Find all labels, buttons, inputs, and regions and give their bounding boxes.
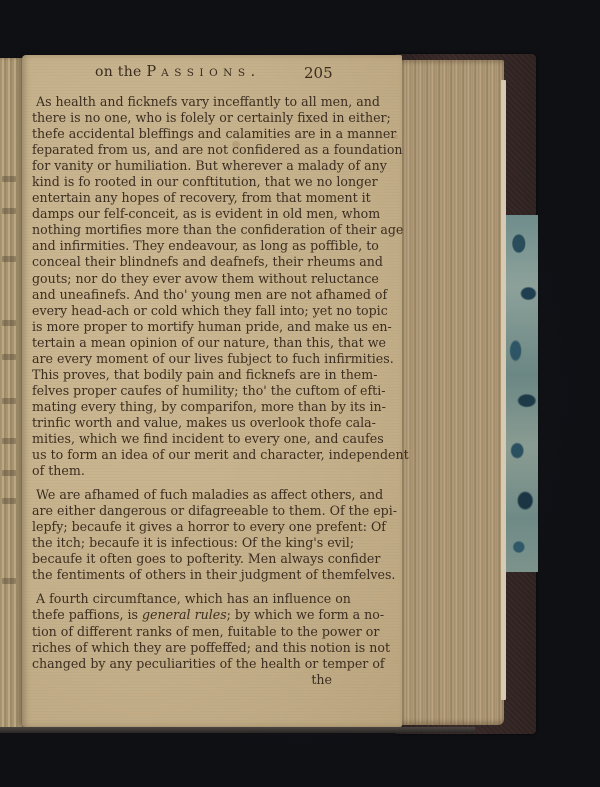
text-line: every head-ach or cold which they fall i… <box>32 303 332 319</box>
text-line: are either dangerous or difagreeable to … <box>32 503 332 519</box>
running-head-prefix: on the <box>95 64 146 80</box>
bleed-through-mark <box>2 498 16 504</box>
bleed-through-mark <box>2 398 16 404</box>
text-line: This proves, that bodily pain and fickne… <box>32 367 332 383</box>
text-line: damps our felf-conceit, as is evident in… <box>32 206 332 222</box>
bleed-through-mark <box>2 354 16 360</box>
text-line: tion of different ranks of men, fuitable… <box>32 624 332 640</box>
body-text: As health and ficknefs vary inceffantly … <box>32 94 332 688</box>
bleed-through-mark <box>2 176 16 182</box>
page-edges-stack <box>400 60 504 725</box>
text-line: is more proper to mortify human pride, a… <box>32 319 332 335</box>
text-line: riches of which they are poffeffed; and … <box>32 640 332 656</box>
text-line: the itch; becaufe it is infectious: Of t… <box>32 535 332 551</box>
text-line: gouts; nor do they ever avow them withou… <box>32 271 332 287</box>
catchword: the <box>32 672 332 688</box>
bleed-through-mark <box>2 208 16 214</box>
text-line: lepfy; becaufe it gives a horror to ever… <box>32 519 332 535</box>
text-line: trinfic worth and value, makes us overlo… <box>32 415 332 431</box>
bleed-through-mark <box>2 470 16 476</box>
text-line: there is no one, who is folely or certai… <box>32 110 332 126</box>
text-line: changed by any peculiarities of the heal… <box>32 656 332 672</box>
bleed-through-mark <box>2 256 16 262</box>
text-line: A fourth circumftance, which has an infl… <box>32 591 332 607</box>
text-line: feparated from us, and are not confidere… <box>32 142 332 158</box>
text-line: the fentiments of others in their judgme… <box>32 567 332 583</box>
text-line: kind is fo rooted in our conftitution, t… <box>32 174 332 190</box>
left-page-stack <box>0 58 24 730</box>
page-number: 205 <box>304 64 333 82</box>
text-line: and infirmities. They endeavour, as long… <box>32 238 332 254</box>
text-line: us to form an idea of our merit and char… <box>32 447 332 463</box>
text-line: thefe paffions, is general rules; by whi… <box>32 607 332 623</box>
text-line: felves proper caufes of humility; tho' t… <box>32 383 332 399</box>
bleed-through-mark <box>2 438 16 444</box>
text-line: entertain any hopes of recovery, from th… <box>32 190 332 206</box>
text-line: becaufe it often goes to pofterity. Men … <box>32 551 332 567</box>
text-line: are every moment of our lives fubject to… <box>32 351 332 367</box>
text-line: mating every thing, by comparifon, more … <box>32 399 332 415</box>
text-line: and uneafinefs. And tho' young men are n… <box>32 287 332 303</box>
italic-phrase: general rules <box>142 607 227 622</box>
text-line: of them. <box>32 463 332 479</box>
bleed-through-mark <box>2 578 16 584</box>
text-line: for vanity or humiliation. But wherever … <box>32 158 332 174</box>
paragraph-gap <box>32 479 332 487</box>
paragraph-gap <box>32 583 332 591</box>
bleed-through-mark <box>2 320 16 326</box>
running-head-title: PASSIONS <box>146 64 250 80</box>
text-line: thefe accidental bleffings and calamitie… <box>32 126 332 142</box>
text-line: tertain a mean opinion of our nature, th… <box>32 335 332 351</box>
text-line: nothing mortifies more than the confider… <box>32 222 332 238</box>
marbled-paper-edge <box>505 215 538 572</box>
text-line: mities, which we find incident to every … <box>32 431 332 447</box>
board-edge-bottom <box>0 727 475 733</box>
text-line: We are afhamed of fuch maladies as affec… <box>32 487 332 503</box>
text-line: conceal their blindnefs and deafnefs, th… <box>32 254 332 270</box>
text-line: As health and ficknefs vary inceffantly … <box>32 94 332 110</box>
